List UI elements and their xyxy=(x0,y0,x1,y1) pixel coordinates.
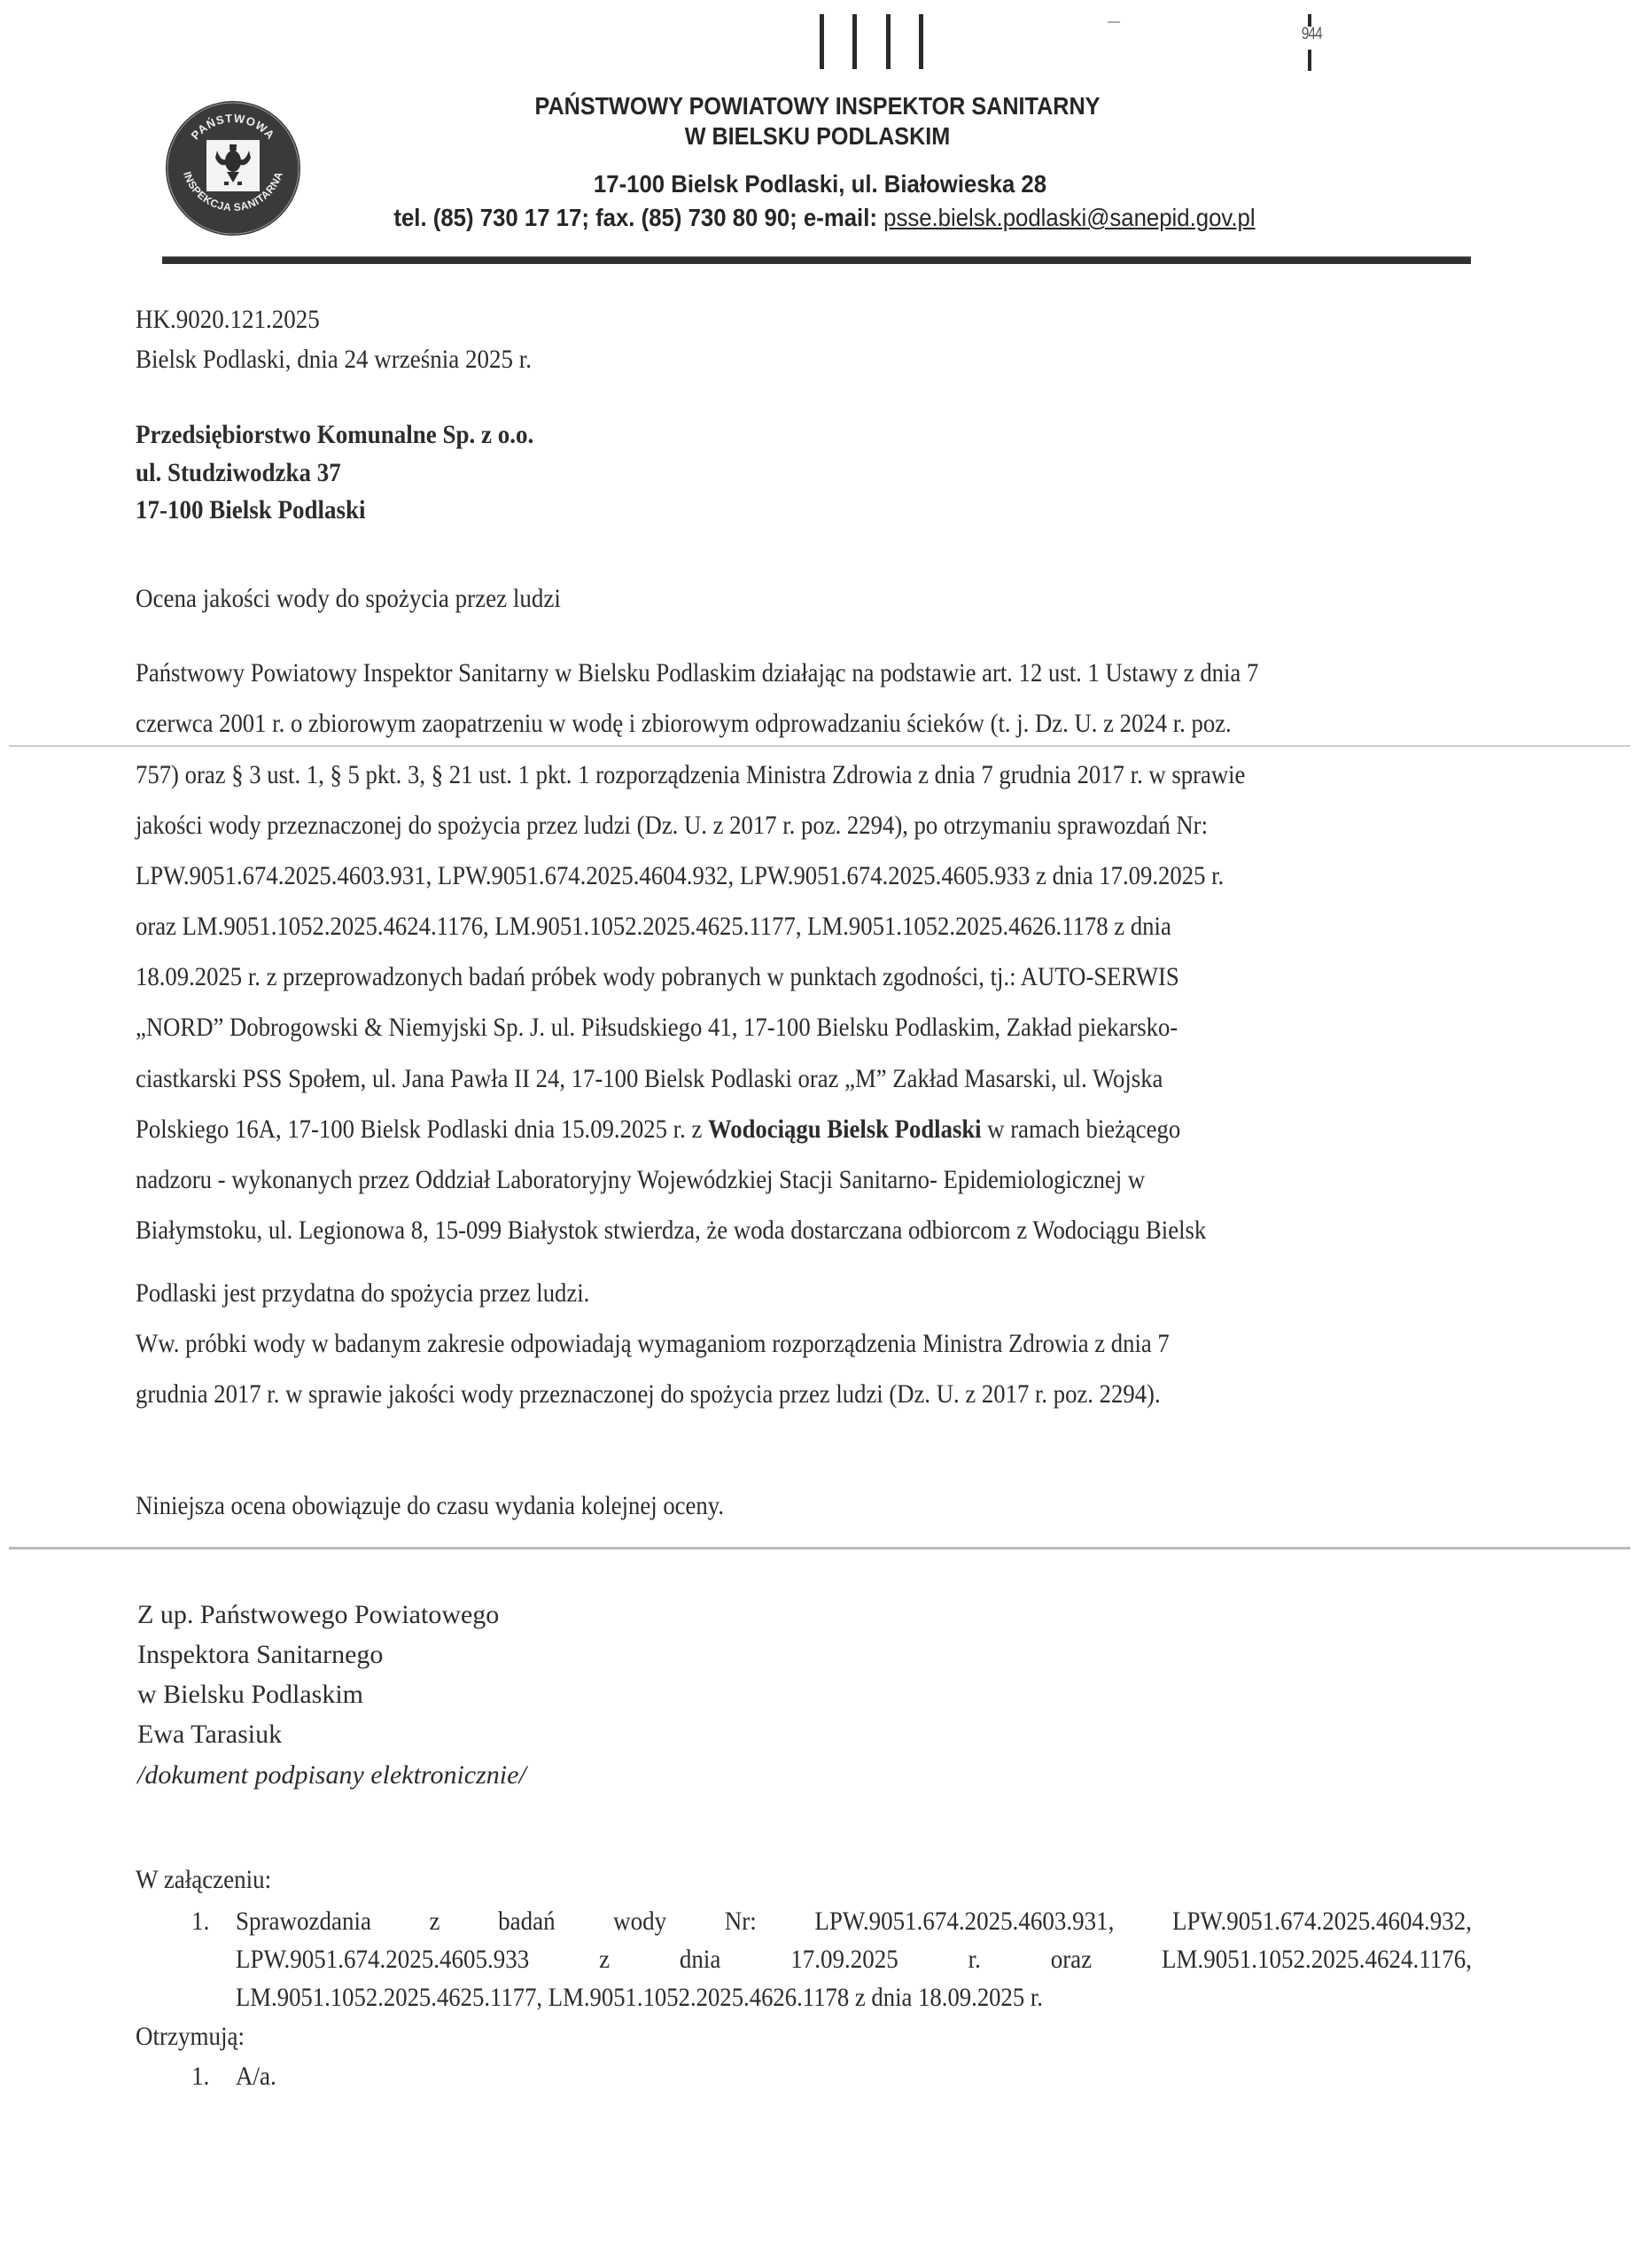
barcode-bar xyxy=(919,14,923,69)
body-line: nadzoru - wykonanych przez Oddział Labor… xyxy=(136,1165,1145,1195)
signature-authority-line: Inspektora Sanitarnego xyxy=(137,1640,383,1670)
scan-speck xyxy=(1108,21,1120,23)
body-line: Ww. próbki wody w badanym zakresie odpow… xyxy=(136,1329,1170,1359)
header-divider xyxy=(162,257,1471,264)
scan-artifact-line xyxy=(9,745,1630,747)
attachment-line: Sprawozdania z badań wody Nr: LPW.9051.6… xyxy=(236,1907,1472,1937)
contact-phone-fax: tel. (85) 730 17 17; fax. (85) 730 80 90… xyxy=(393,204,883,231)
body-line: 18.09.2025 r. z przeprowadzonych badań p… xyxy=(136,962,1179,992)
registry-mark-tick xyxy=(1308,50,1311,71)
attachments-heading: W załączeniu: xyxy=(136,1865,271,1895)
attachment-line: LPW.9051.674.2025.4605.933 z dnia 17.09.… xyxy=(236,1945,1472,1975)
body-line: LPW.9051.674.2025.4603.931, LPW.9051.674… xyxy=(136,861,1224,891)
barcode-bar xyxy=(886,14,891,69)
body-text: Polskiego 16A, 17-100 Bielsk Podlaski dn… xyxy=(136,1115,708,1144)
body-line: ciastkarski PSS Społem, ul. Jana Pawła I… xyxy=(136,1064,1163,1094)
barcode-bar xyxy=(852,14,857,69)
registry-number: 944 xyxy=(1302,25,1322,44)
case-number: HK.9020.121.2025 xyxy=(136,305,320,335)
body-line: „NORD” Dobrogowski & Niemyjski Sp. J. ul… xyxy=(136,1013,1178,1043)
scan-artifact-line xyxy=(9,1547,1630,1550)
attachment-line: LM.9051.1052.2025.4625.1177, LM.9051.105… xyxy=(236,1983,1336,2013)
signature-authority-line: w Bielsku Podlaskim xyxy=(137,1680,363,1710)
attachment-number: 1. xyxy=(191,1907,209,1937)
recipient-street: ul. Studziwodzka 37 xyxy=(136,458,341,488)
subject: Ocena jakości wody do spożycia przez lud… xyxy=(136,584,561,614)
barcode-bar xyxy=(820,14,824,69)
issuer-contact: tel. (85) 730 17 17; fax. (85) 730 80 90… xyxy=(66,204,1583,232)
validity-statement: Niniejsza ocena obowiązuje do czasu wyda… xyxy=(136,1491,724,1521)
recipients-heading: Otrzymują: xyxy=(136,2022,245,2052)
body-line: Polskiego 16A, 17-100 Bielsk Podlaski dn… xyxy=(136,1115,1180,1145)
recipient-item: A/a. xyxy=(236,2062,1349,2092)
body-line: Białymstoku, ul. Legionowa 8, 15-099 Bia… xyxy=(136,1216,1206,1246)
issuer-location: W BIELSKU PODLASKIM xyxy=(75,122,1560,151)
body-line: czerwca 2001 r. o zbiorowym zaopatrzeniu… xyxy=(136,709,1232,739)
body-line: jakości wody przeznaczonej do spożycia p… xyxy=(136,811,1208,841)
recipient-number: 1. xyxy=(191,2062,209,2092)
signature-authority-line: Z up. Państwowego Powiatowego xyxy=(137,1600,499,1630)
place-and-date: Bielsk Podlaski, dnia 24 września 2025 r… xyxy=(136,345,532,375)
issuer-title: PAŃSTWOWY POWIATOWY INSPEKTOR SANITARNY xyxy=(75,92,1560,120)
body-line: Państwowy Powiatowy Inspektor Sanitarny … xyxy=(136,658,1258,688)
body-line: grudnia 2017 r. w sprawie jakości wody p… xyxy=(136,1379,1161,1410)
conclusion-line: Podlaski jest przydatna do spożycia prze… xyxy=(136,1278,589,1309)
body-line: 757) oraz § 3 ust. 1, § 5 pkt. 3, § 21 u… xyxy=(136,760,1245,790)
email-link[interactable]: psse.bielsk.podlaski@sanepid.gov.pl xyxy=(883,204,1255,231)
issuer-address: 17-100 Bielsk Podlaski, ul. Białowieska … xyxy=(61,170,1578,198)
electronic-signature-note: /dokument podpisany elektronicznie/ xyxy=(137,1760,526,1790)
recipient-name: Przedsiębiorstwo Komunalne Sp. z o.o. xyxy=(136,420,533,450)
body-line: oraz LM.9051.1052.2025.4624.1176, LM.905… xyxy=(136,912,1171,942)
body-text: w ramach bieżącego xyxy=(982,1115,1181,1144)
water-supply-name: Wodociągu Bielsk Podlaski xyxy=(708,1115,982,1144)
recipient-city: 17-100 Bielsk Podlaski xyxy=(136,495,366,525)
signatory-name: Ewa Tarasiuk xyxy=(137,1720,282,1750)
